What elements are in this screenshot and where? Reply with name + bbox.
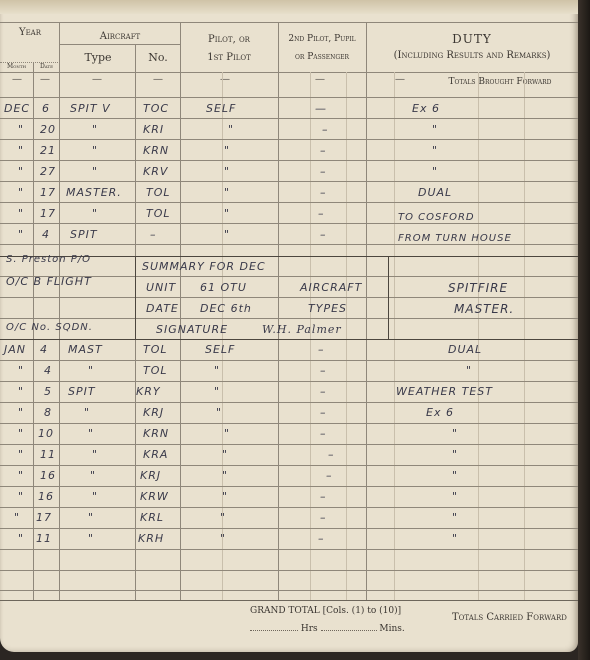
pilot-header: Pilot, or 1st Pilot	[180, 33, 278, 64]
no-cell: TOL	[143, 364, 168, 377]
second-pilot-cell: –	[318, 207, 325, 220]
rule-pilot-second	[278, 22, 279, 600]
date-cell: 21	[40, 144, 56, 157]
type-cell: "	[92, 448, 98, 461]
month-cell: "	[18, 364, 24, 377]
faint-rule	[524, 72, 525, 600]
no-cell: KRN	[143, 427, 169, 440]
month-cell: "	[14, 511, 20, 524]
no-cell: KRJ	[143, 406, 164, 419]
pilot-cell: "	[220, 532, 226, 545]
no-cell: TOL	[146, 207, 171, 220]
date-cell: 17	[40, 207, 56, 220]
pilot-header-line1: Pilot, or	[180, 33, 278, 46]
row-rule	[0, 360, 578, 361]
type-cell: "	[92, 207, 98, 220]
duty-cell: "	[432, 144, 438, 157]
date-cell: 8	[44, 406, 52, 419]
date-header: Date	[33, 63, 60, 71]
row-rule	[0, 223, 578, 224]
summary-type-master: MASTER.	[454, 302, 514, 316]
row-rule	[0, 444, 578, 445]
row-rule	[0, 244, 578, 245]
rule-no-pilot	[180, 22, 181, 600]
second-pilot-cell: –	[320, 364, 327, 377]
no-cell: KRW	[140, 490, 169, 503]
row-rule	[0, 423, 578, 424]
type-cell: "	[92, 165, 98, 178]
type-cell: MAST	[68, 343, 103, 356]
type-cell: "	[84, 406, 90, 419]
pilot-cell: "	[224, 144, 230, 157]
duty-header-subtitle: (Including Results and Remarks)	[366, 49, 578, 62]
no-cell: TOC	[143, 102, 169, 115]
summary-signature-label: SIGNATURE	[156, 323, 228, 336]
no-cell: KRV	[143, 165, 168, 178]
row-rule	[0, 590, 578, 591]
duty-cell: FROM TURN HOUSE	[398, 233, 512, 244]
pilot-cell: "	[214, 385, 220, 398]
pilot-cell: "	[214, 364, 220, 377]
duty-cell: "	[452, 427, 458, 440]
month-cell: "	[18, 448, 24, 461]
no-cell: KRY	[136, 385, 161, 398]
second-pilot-header-line1: 2nd Pilot, Pupil	[278, 33, 366, 46]
type-cell: "	[92, 490, 98, 503]
date-cell: 10	[38, 427, 54, 440]
month-bf-dash: —	[12, 74, 22, 85]
date-bf-dash: —	[40, 74, 50, 85]
type-cell: "	[88, 532, 94, 545]
month-header: Month	[0, 63, 33, 71]
row-rule	[0, 528, 578, 529]
duty-cell: "	[452, 469, 458, 482]
summary-box-bottom	[0, 339, 578, 340]
type-cell: SPIT	[68, 385, 96, 398]
month-cell: JAN	[4, 343, 26, 356]
date-cell: 11	[36, 532, 52, 545]
month-cell: "	[18, 186, 24, 199]
summary-box-divider	[388, 256, 389, 339]
pilot-cell: SELF	[205, 343, 235, 356]
second-pilot-cell: –	[318, 532, 325, 545]
date-cell: 5	[44, 385, 52, 398]
pilot-cell: SELF	[206, 102, 236, 115]
summary-box-left	[135, 256, 136, 339]
header-bottom-rule	[0, 72, 578, 73]
type-header: Type	[60, 51, 136, 64]
second-pilot-cell: –	[320, 186, 327, 199]
pilot-cell: "	[224, 228, 230, 241]
rule-second-duty	[366, 22, 367, 600]
summary-unit-label: UNIT	[146, 281, 176, 294]
month-cell: "	[18, 228, 24, 241]
duty-cell: DUAL	[448, 343, 482, 356]
date-cell: 20	[40, 123, 56, 136]
type-bf-dash: —	[92, 74, 102, 85]
duty-cell: "	[452, 490, 458, 503]
totals-carried-forward: Totals Carried Forward	[452, 612, 567, 623]
summary-title: SUMMARY FOR DEC	[142, 260, 266, 273]
second-pilot-header: 2nd Pilot, Pupil or Passenger	[278, 33, 366, 64]
no-cell: KRL	[140, 511, 164, 524]
second-pilot-header-line2: or Passenger	[278, 51, 366, 64]
type-cell: "	[88, 427, 94, 440]
no-header: No.	[136, 51, 180, 64]
duty-cell: "	[452, 511, 458, 524]
date-cell: 17	[36, 511, 52, 524]
month-cell: "	[18, 165, 24, 178]
row-rule	[0, 297, 578, 298]
row-rule	[0, 160, 578, 161]
totals-brought-forward: Totals Brought Forward	[430, 76, 570, 89]
book-spine	[578, 0, 590, 660]
type-cell: MASTER.	[66, 186, 122, 199]
second-bf-dash: —	[315, 74, 325, 85]
type-cell: "	[88, 364, 94, 377]
no-cell: –	[150, 228, 157, 241]
month-cell: "	[18, 385, 24, 398]
grand-total-label: GRAND TOTAL [Cols. (1) to (10)]	[250, 606, 401, 616]
no-cell: KRA	[143, 448, 168, 461]
row-rule	[0, 318, 578, 319]
hours-field	[250, 630, 298, 631]
duty-cell: "	[452, 532, 458, 545]
grand-total-fields: Hrs Mins.	[250, 624, 405, 634]
no-cell: TOL	[143, 343, 168, 356]
month-cell: "	[18, 123, 24, 136]
date-cell: 4	[40, 343, 48, 356]
logbook-page: Year Month Date Aircraft Type No. Pilot,…	[0, 0, 578, 652]
duty-cell: DUAL	[418, 186, 452, 199]
date-cell: 17	[40, 186, 56, 199]
date-cell: 4	[44, 364, 52, 377]
summary-type-spitfire: SPITFIRE	[448, 281, 508, 295]
no-cell: KRI	[143, 123, 164, 136]
no-cell: KRH	[138, 532, 164, 545]
type-cell: "	[92, 123, 98, 136]
duty-bf-dash: —	[395, 74, 405, 85]
second-pilot-cell: –	[326, 469, 333, 482]
row-rule	[0, 465, 578, 466]
second-pilot-cell: –	[320, 165, 327, 178]
type-cell: SPIT V	[70, 102, 111, 115]
row-rule	[0, 139, 578, 140]
month-cell: "	[18, 532, 24, 545]
faint-rule	[310, 72, 311, 600]
summary-signature-value: W.H. Palmer	[262, 323, 342, 336]
row-rule	[0, 549, 578, 550]
second-pilot-cell: –	[320, 385, 327, 398]
second-pilot-cell: –	[320, 427, 327, 440]
duty-cell: Ex 6	[412, 102, 440, 115]
summary-aircraft-label: AIRCRAFT	[300, 281, 362, 294]
minutes-label: Mins.	[379, 624, 404, 634]
row-rule	[0, 381, 578, 382]
second-pilot-cell: –	[320, 144, 327, 157]
pilot-cell: "	[228, 123, 234, 136]
month-cell: DEC	[4, 102, 30, 115]
minutes-field	[321, 630, 377, 631]
second-pilot-cell: –	[320, 490, 327, 503]
duty-cell: Ex 6	[426, 406, 454, 419]
hours-label: Hrs	[301, 624, 318, 634]
duty-cell: "	[432, 123, 438, 136]
date-cell: 16	[38, 490, 54, 503]
no-bf-dash: —	[153, 74, 163, 85]
squadron-commander-title: O/C No. SQDN.	[6, 322, 93, 333]
month-cell: "	[18, 406, 24, 419]
month-cell: "	[18, 490, 24, 503]
month-cell: "	[18, 144, 24, 157]
summary-unit-value: 61 OTU	[200, 281, 247, 294]
duty-cell: "	[452, 448, 458, 461]
month-cell: "	[18, 207, 24, 220]
pilot-header-line2: 1st Pilot	[180, 51, 278, 64]
row-rule	[0, 118, 578, 119]
row-rule	[0, 486, 578, 487]
pilot-cell: "	[224, 427, 230, 440]
date-cell: 16	[40, 469, 56, 482]
pilot-cell: "	[224, 186, 230, 199]
date-cell: 27	[40, 165, 56, 178]
table-bottom-rule	[0, 600, 578, 601]
second-pilot-cell: –	[320, 228, 327, 241]
row-rule	[0, 202, 578, 203]
date-cell: 4	[42, 228, 50, 241]
row-rule	[0, 181, 578, 182]
flight-commander-name: S. Preston P/O	[6, 254, 91, 265]
type-cell: "	[88, 511, 94, 524]
duty-header-title: DUTY	[366, 33, 578, 46]
year-header: Year	[0, 26, 60, 39]
faint-rule	[478, 72, 479, 600]
row-rule	[0, 570, 578, 571]
faint-rule	[394, 72, 395, 600]
pilot-cell: "	[220, 511, 226, 524]
rule-date-type	[59, 22, 60, 600]
summary-date-label: DATE	[146, 302, 179, 315]
type-cell: "	[92, 144, 98, 157]
no-cell: TOL	[146, 186, 171, 199]
second-pilot-cell: –	[320, 406, 327, 419]
pilot-cell: "	[224, 165, 230, 178]
second-pilot-cell: —	[315, 102, 327, 115]
flight-commander-title: O/C B FLIGHT	[6, 275, 92, 288]
summary-date-value: DEC 6th	[200, 302, 252, 315]
row-rule	[0, 97, 578, 98]
header-top-rule	[0, 22, 578, 23]
no-cell: KRN	[143, 144, 169, 157]
faint-rule	[346, 72, 347, 600]
month-cell: "	[18, 469, 24, 482]
duty-cell: "	[432, 165, 438, 178]
type-cell: "	[90, 469, 96, 482]
summary-types-label: TYPES	[308, 302, 347, 315]
pilot-cell: "	[216, 406, 222, 419]
date-cell: 6	[42, 102, 50, 115]
date-cell: 11	[40, 448, 56, 461]
second-pilot-cell: –	[328, 448, 335, 461]
aircraft-header: Aircraft	[60, 30, 180, 43]
duty-header: DUTY (Including Results and Remarks)	[366, 33, 578, 62]
second-pilot-cell: –	[320, 511, 327, 524]
second-pilot-cell: –	[322, 123, 329, 136]
month-cell: "	[18, 427, 24, 440]
pilot-cell: "	[222, 490, 228, 503]
row-rule	[0, 402, 578, 403]
no-cell: KRJ	[140, 469, 161, 482]
type-cell: SPIT	[70, 228, 98, 241]
second-pilot-cell: –	[318, 343, 325, 356]
pilot-cell: "	[222, 469, 228, 482]
duty-cell: "	[466, 364, 472, 377]
row-rule	[0, 507, 578, 508]
duty-cell: TO COSFORD	[398, 212, 475, 223]
pilot-cell: "	[222, 448, 228, 461]
pilot-cell: "	[224, 207, 230, 220]
duty-cell: WEATHER TEST	[396, 385, 493, 398]
aircraft-sub-rule	[60, 44, 180, 45]
